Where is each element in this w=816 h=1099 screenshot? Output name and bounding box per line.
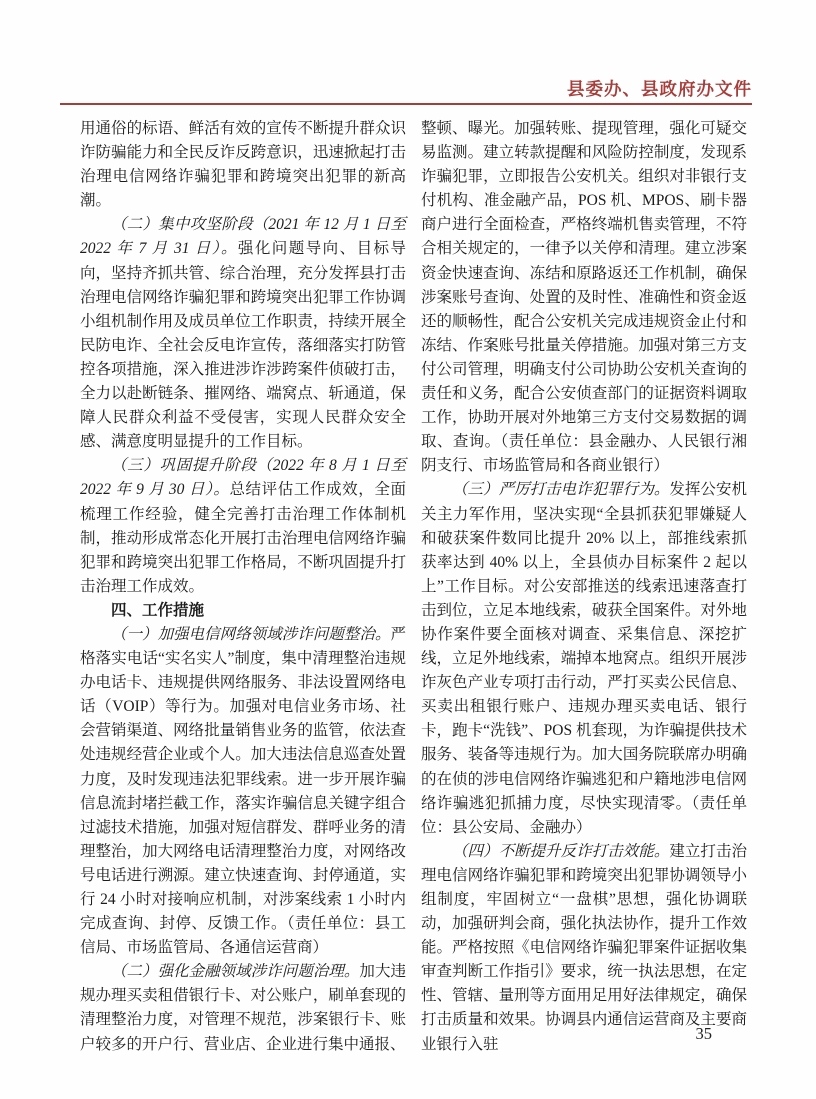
paragraph: （三）巩固提升阶段（2022 年 8 月 1 日至 2022 年 9 月 30 …	[80, 454, 406, 599]
page-header: 县委办、县政府办文件	[60, 76, 752, 101]
paragraph: （一）加强电信网络领域涉诈问题整治。严格落实电话“实名实人”制度，集中清理整治违…	[80, 623, 406, 960]
document-body: 用通俗的标语、鲜活有效的宣传不断提升群众识诈防骗能力和全民反诈反跨意识，迅速掀起…	[80, 117, 747, 1057]
paragraph-lead: （三）严厉打击电诈犯罪行为。	[452, 481, 669, 498]
left-column: 用通俗的标语、鲜活有效的宣传不断提升群众识诈防骗能力和全民反诈反跨意识，迅速掀起…	[80, 117, 406, 1057]
paragraph-lead: （一）加强电信网络领域涉诈问题整治。	[111, 626, 390, 643]
paragraph-text: 严格落实电话“实名实人”制度，集中清理整治违规办电话卡、违规提供网络服务、非法设…	[80, 626, 406, 956]
paragraph: 用通俗的标语、鲜活有效的宣传不断提升群众识诈防骗能力和全民反诈反跨意识，迅速掀起…	[80, 117, 406, 213]
header-rule-line	[60, 103, 752, 105]
paragraph-text: 整顿、曝光。加强转账、提现管理，强化可疑交易监测。建立转款提醒和风险防控制度，发…	[421, 120, 747, 474]
right-column: 整顿、曝光。加强转账、提现管理，强化可疑交易监测。建立转款提醒和风险防控制度，发…	[421, 117, 747, 1057]
paragraph-text: 用通俗的标语、鲜活有效的宣传不断提升群众识诈防骗能力和全民反诈反跨意识，迅速掀起…	[80, 120, 406, 209]
paragraph-text: 强化问题导向、目标导向，坚持齐抓共管、综合治理，充分发挥县打击治理电信网络诈骗犯…	[80, 240, 406, 450]
paragraph: （二）集中攻坚阶段（2021 年 12 月 1 日至 2022 年 7 月 31…	[80, 213, 406, 454]
paragraph-lead: （二）强化金融领域涉诈问题治理。	[111, 963, 359, 980]
document-page: 县委办、县政府办文件 用通俗的标语、鲜活有效的宣传不断提升群众识诈防骗能力和全民…	[0, 0, 816, 1099]
section-heading: 四、工作措施	[80, 599, 406, 623]
paragraph-lead: （四）不断提升反诈打击效能。	[452, 843, 669, 860]
paragraph: （三）严厉打击电诈犯罪行为。发挥公安机关主力军作用，坚决实现“全县抓获犯罪嫌疑人…	[421, 478, 747, 839]
paragraph: （二）强化金融领域涉诈问题治理。加大违规办理买卖租借银行卡、对公账户，刷单套现的…	[80, 960, 406, 1056]
paragraph: 整顿、曝光。加强转账、提现管理，强化可疑交易监测。建立转款提醒和风险防控制度，发…	[421, 117, 747, 478]
paragraph-text: 建立打击治理电信网络诈骗犯罪和跨境突出犯罪协调领导小组制度，牢固树立“一盘棋”思…	[421, 843, 747, 1053]
paragraph-text: 总结评估工作成效，全面梳理工作经验，健全完善打击治理工作体制机制，推动形成常态化…	[80, 481, 406, 594]
paragraph-text: 发挥公安机关主力军作用，坚决实现“全县抓获犯罪嫌疑人和破获案件数同比提升 20%…	[421, 481, 747, 835]
page-number: 35	[696, 1024, 713, 1044]
header-title: 县委办、县政府办文件	[567, 79, 752, 99]
